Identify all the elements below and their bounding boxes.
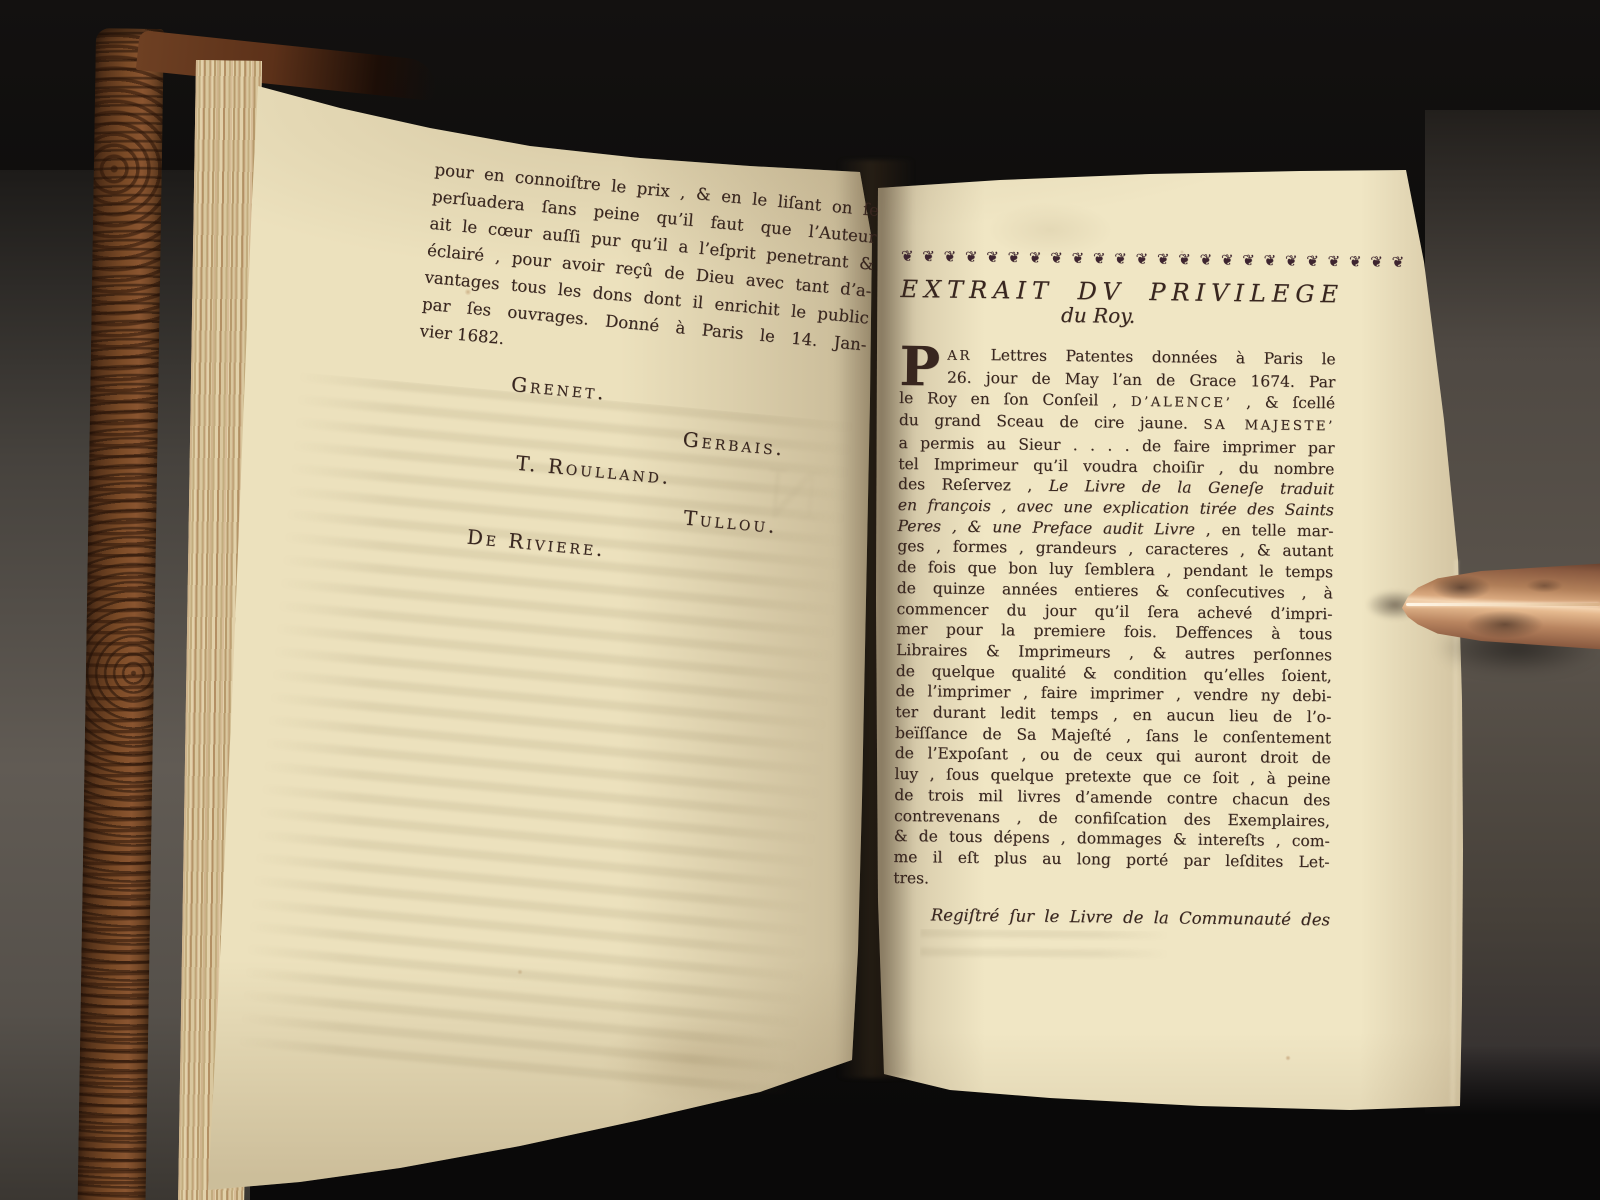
ornament-row: ❦ ❦ ❦ ❦ ❦ ❦ ❦ ❦ ❦ ❦ ❦ ❦ ❦ ❦ ❦ ❦ ❦ ❦ ❦ ❦ … xyxy=(901,246,1337,272)
privilege-subheading: du Roy. xyxy=(900,303,1336,329)
privilege-text: ❦ ❦ ❦ ❦ ❦ ❦ ❦ ❦ ❦ ❦ ❦ ❦ ❦ ❦ ❦ ❦ ❦ ❦ ❦ ❦ … xyxy=(893,246,1337,931)
drop-cap: P xyxy=(899,344,947,388)
signature-list: Grenet.Gerbais.T. Roulland.Tullou.De Riv… xyxy=(399,362,861,597)
privilege-paragraph: P AR Lettres Patentes données à Paris le… xyxy=(893,344,1336,894)
approbation-text: pour en connoiſtre le prix , & en le liſ… xyxy=(399,156,880,597)
approbation-paragraph: pour en connoiſtre le prix , & en le liſ… xyxy=(419,156,881,385)
privilege-heading: EXTRAIT DV PRIVILEGE xyxy=(900,279,1336,305)
photo-of-open-antique-book: N pour en connoiſtre le prix , & en le l… xyxy=(0,0,1600,1200)
bleedthrough-texture-right xyxy=(920,929,1170,969)
